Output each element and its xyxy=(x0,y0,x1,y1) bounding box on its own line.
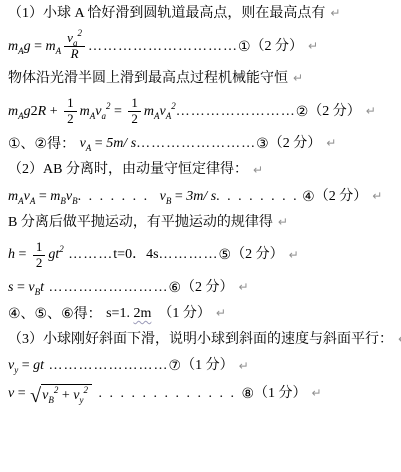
math-variable: g xyxy=(24,103,31,121)
para-energy-conservation: 物体沿光滑半圆上滑到最高点过程机械能守恒↵ xyxy=(8,70,397,88)
radical-sign: √ xyxy=(30,386,41,406)
square-root: √vB2 + vy2 xyxy=(30,384,92,405)
math-variable: mA xyxy=(80,103,96,121)
dot-leader: . . . . . . . . . . . . . xyxy=(93,385,242,403)
math-variable: vy2 xyxy=(73,387,88,405)
text: = xyxy=(14,385,29,403)
dot-leader: …………………… xyxy=(176,103,296,121)
dot-leader: …………………… xyxy=(136,135,256,153)
math-variable: t2 xyxy=(55,246,63,264)
text: = xyxy=(18,357,33,375)
math-variable: vA xyxy=(24,188,36,206)
para-step2-intro: （2）AB 分离时，由动量守恒定律得：↵ xyxy=(8,161,397,179)
equation-1-circular-top: mAg = mAva2R…………………………①（2 分）↵ xyxy=(8,31,397,62)
math-variable: vB xyxy=(160,188,172,206)
paragraph-return-mark: ↵ xyxy=(366,104,376,120)
circled-number: ⑥ xyxy=(168,279,181,297)
math-variable: 5m/ s xyxy=(106,135,136,153)
equation-6-distance: s = vBt ……………………⑥（2 分）↵ xyxy=(8,279,397,297)
radicand: vB2 + vy2 xyxy=(41,384,92,405)
para-step1-intro: （1）小球 A 恰好滑到圆轨道最高点，则在最高点有↵ xyxy=(8,5,397,23)
text: = xyxy=(13,279,28,297)
text: s=1. xyxy=(106,305,133,323)
math-variable: mA xyxy=(46,38,62,56)
circled-number: ⑧ xyxy=(241,385,254,403)
dot-leader: …………………… xyxy=(44,357,169,375)
dot-leader: ………… xyxy=(159,246,219,264)
math-variable: vA xyxy=(80,135,92,153)
fraction-denominator: R xyxy=(69,47,81,62)
circled-number: ④、⑤、⑥得： xyxy=(8,305,106,323)
text: （3）小球刚好斜面下滑，说明小球到斜面的速度与斜面平行： xyxy=(8,331,393,349)
math-variable: vB2 xyxy=(42,387,58,405)
text: t=0．4s xyxy=(113,246,158,264)
text: （1）小球 A 恰好滑到圆轨道最高点，则在最高点有 xyxy=(8,5,325,23)
text: （1 分） xyxy=(254,385,307,403)
text: = xyxy=(15,246,30,264)
circled-number: ①、②得： xyxy=(8,135,80,153)
text: 2 xyxy=(131,111,138,126)
text: = xyxy=(171,188,186,206)
fraction: va2R xyxy=(64,31,85,62)
text: （1 分） xyxy=(181,357,234,375)
math-variable: R xyxy=(71,46,79,61)
equation-7-vy: vy = gt ……………………⑦（1 分）↵ xyxy=(8,357,397,375)
para-s-result: ④、⑤、⑥得： s=1. 2m （1 分）↵ xyxy=(8,305,397,323)
math-variable: vy xyxy=(8,357,18,375)
math-variable: mA xyxy=(8,103,24,121)
paragraph-return-mark: ↵ xyxy=(372,189,382,205)
math-variable: R xyxy=(38,103,47,121)
text: （2 分） xyxy=(308,103,361,121)
equation-8-speed: v = √vB2 + vy2 . . . . . . . . . . . . .… xyxy=(8,384,397,405)
math-variable: h xyxy=(8,246,15,264)
equation-3-va-result: ①、②得： vA = 5m/ s……………………③（2 分）↵ xyxy=(8,135,397,153)
math-variable: 3m/ s xyxy=(186,188,216,206)
paragraph-return-mark: ↵ xyxy=(239,280,249,296)
text: = xyxy=(35,188,50,206)
paragraph-return-mark: ↵ xyxy=(308,39,318,55)
text: （2 分） xyxy=(181,279,234,297)
paragraph-return-mark: ↵ xyxy=(239,359,249,375)
equation-5-height: h = 12gt2 ………t=0．4s…………⑤（2 分）↵ xyxy=(8,240,397,271)
dot-leader: ……… xyxy=(64,246,114,264)
text: （1 分） xyxy=(151,305,211,323)
math-variable: vB xyxy=(66,188,78,206)
circled-number: ③ xyxy=(256,135,269,153)
paragraph-return-mark: ↵ xyxy=(253,163,263,179)
circled-number: ⑤ xyxy=(219,246,232,264)
paragraph-return-mark: ↵ xyxy=(293,71,303,87)
math-variable: va2 xyxy=(67,30,82,45)
circled-number: ② xyxy=(296,103,309,121)
fraction-numerator: va2 xyxy=(64,31,85,47)
math-variable: g xyxy=(24,38,31,56)
paragraph-return-mark: ↵ xyxy=(326,136,336,152)
wavy-underlined-text: 2m xyxy=(133,305,151,323)
fraction-numerator: 1 xyxy=(33,240,46,256)
text: （2）AB 分离时，由动量守恒定律得： xyxy=(8,161,248,179)
math-variable: mA xyxy=(8,38,24,56)
text: 2 xyxy=(31,103,38,121)
physics-solution-document: （1）小球 A 恰好滑到圆轨道最高点，则在最高点有↵mAg = mAva2R……… xyxy=(0,0,401,405)
fraction-denominator: 2 xyxy=(34,256,45,271)
dot-leader: …………………… xyxy=(44,279,169,297)
math-variable: mA xyxy=(8,188,24,206)
text: 物体沿光滑半圆上滑到最高点过程机械能守恒 xyxy=(8,70,288,88)
text: + xyxy=(58,387,73,405)
dot-leader: ………………………… xyxy=(88,38,238,56)
circled-number: ⑦ xyxy=(169,357,182,375)
fraction-numerator: 1 xyxy=(64,96,77,112)
text: B 分离后做平抛运动，有平抛运动的规律得 xyxy=(8,214,273,232)
para-projectile-intro: B 分离后做平抛运动，有平抛运动的规律得↵ xyxy=(8,214,397,232)
text: （2 分） xyxy=(269,135,322,153)
text: （2 分） xyxy=(315,188,368,206)
math-variable: mA xyxy=(144,103,160,121)
text: + xyxy=(46,103,61,121)
dot-leader: . . . . . . . . xyxy=(216,188,299,206)
equation-2-energy: mAg2R + 12mAva2 = 12mAvA2……………………②（2 分）↵ xyxy=(8,96,397,127)
paragraph-return-mark: ↵ xyxy=(289,248,299,264)
math-variable: vB xyxy=(28,279,40,297)
para-step3-intro: （3）小球刚好斜面下滑，说明小球到斜面的速度与斜面平行：↵ xyxy=(8,331,397,349)
text: = xyxy=(91,135,106,153)
fraction: 12 xyxy=(33,240,46,271)
paragraph-return-mark: ↵ xyxy=(216,306,226,322)
math-variable: mB xyxy=(50,188,66,206)
fraction-numerator: 1 xyxy=(128,96,141,112)
paragraph-return-mark: ↵ xyxy=(330,6,340,22)
text: 1 xyxy=(36,239,43,254)
math-variable: gt xyxy=(33,357,44,375)
text: （2 分） xyxy=(251,38,304,56)
text: （2 分） xyxy=(231,246,284,264)
circled-number: ④ xyxy=(302,188,315,206)
paragraph-return-mark: ↵ xyxy=(278,215,288,231)
text: 1 xyxy=(67,95,74,110)
fraction: 12 xyxy=(64,96,77,127)
circled-number: ① xyxy=(238,38,251,56)
equation-4-momentum: mAvA = mBvB. . . . . . . vB = 3m/ s. . .… xyxy=(8,188,397,206)
text: = xyxy=(110,103,125,121)
fraction-denominator: 2 xyxy=(65,112,76,127)
math-variable: vA2 xyxy=(159,103,175,121)
text: 2 xyxy=(67,111,74,126)
text xyxy=(149,188,160,206)
fraction-denominator: 2 xyxy=(129,112,140,127)
paragraph-return-mark: ↵ xyxy=(312,386,322,402)
text: = xyxy=(31,38,46,56)
fraction: 12 xyxy=(128,96,141,127)
text: 1 xyxy=(131,95,138,110)
text: 2 xyxy=(36,255,43,270)
dot-leader: . . . . . . . xyxy=(78,188,150,206)
math-variable: g xyxy=(48,246,55,264)
math-variable: va2 xyxy=(95,103,110,121)
